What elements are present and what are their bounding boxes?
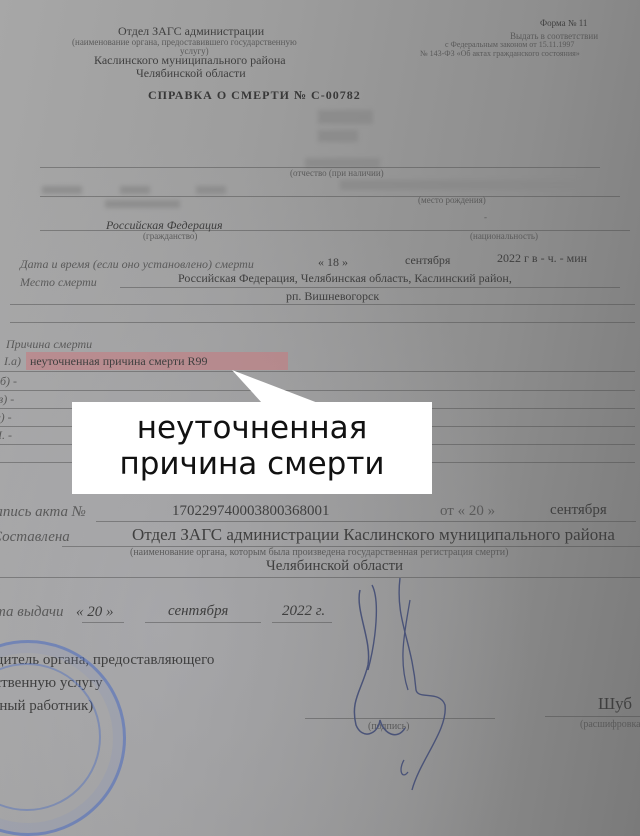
annotation-callout: неуточненная причина смерти bbox=[72, 402, 432, 494]
annotation-line2: причина смерти bbox=[72, 446, 432, 482]
annotation-line1: неуточненная bbox=[72, 410, 432, 446]
annotation-text: неуточненная причина смерти bbox=[72, 410, 432, 482]
